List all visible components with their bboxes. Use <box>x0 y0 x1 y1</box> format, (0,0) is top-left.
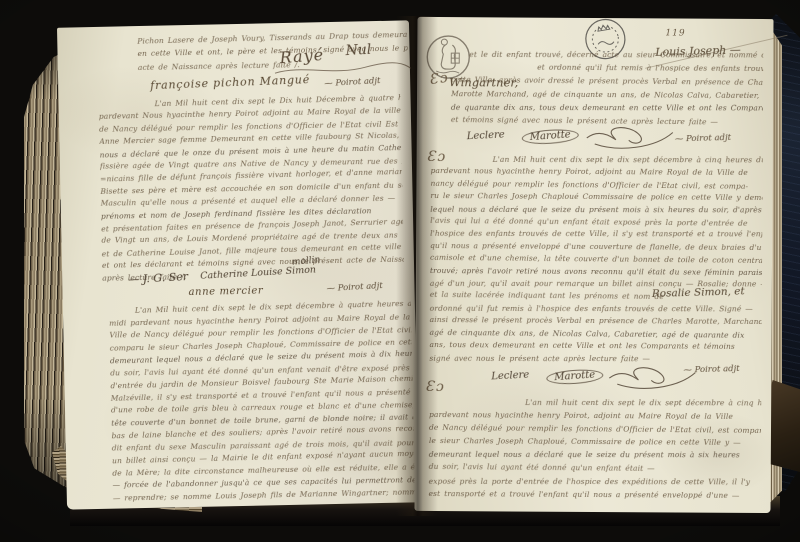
handwritten-line: est transporté et a trouvé l'enfant qu'i… <box>429 487 761 502</box>
paraph-mark: Ɛɔ <box>425 379 446 395</box>
margin-note-poirot: ⁓ Poirot adjt <box>683 364 740 376</box>
foundling-act-fourth: L'an mil huit cent dix sept le dix sept … <box>429 395 762 502</box>
handwritten-line: L'an Mil huit cent dix sept le dix sept … <box>431 154 763 167</box>
left-page: Pichon Lasere de Joseph Voury, Tisserand… <box>57 20 419 509</box>
open-register-book: Pichon Lasere de Joseph Voury, Tisserand… <box>0 0 800 542</box>
handwritten-line: ordonné qu'il fut remis à l'hospice des … <box>430 303 762 316</box>
handwritten-line: de quarante dix ans, tous deux demeurant… <box>451 101 763 115</box>
margin-note-poirot: ⁓ Poirot adjt <box>324 76 381 89</box>
act-title-anne-mercier: anne mercier <box>188 285 263 298</box>
paraph-mark: Ɛɔ <box>428 70 451 89</box>
signature-marotte-circled: Marotte <box>546 368 604 386</box>
signature-initials: — J. G. Ser <box>128 270 188 286</box>
margin-note-poirot: ⁓ Poirot adjt <box>326 281 383 294</box>
signature-leclere: Leclere <box>467 129 505 142</box>
signature-row: Leclere Marotte <box>467 123 579 144</box>
foundling-act-paragraph: L'an Mil huit cent dix sept le dix sept … <box>109 298 415 504</box>
foundling-act-rosalie: L'an Mil huit cent dix sept le dix sept … <box>429 153 762 366</box>
handwritten-line: exposé près la porte d'entrée de l'hospi… <box>429 474 761 488</box>
signature-marotte-circled: Marotte <box>521 128 579 146</box>
name-louis-joseph: Louis Joseph — <box>655 43 741 58</box>
signature-row: Leclere Marotte <box>491 363 603 384</box>
nul-annotation: Nul <box>345 42 372 59</box>
name-wingartner: Wingartner, <box>449 75 518 89</box>
archival-register-photo: Pichon Lasere de Joseph Voury, Tisserand… <box>0 0 800 542</box>
birth-act-paragraph: L'an Mil huit cent dix sept le Dix huit … <box>98 93 404 285</box>
handwritten-line: L'an mil huit cent dix sept le dix sept … <box>429 396 761 410</box>
signature-leclere: Leclere <box>491 370 529 383</box>
signature-paraph-flourish <box>585 122 677 151</box>
margin-note-poirot: ⁓ Poirot adjt <box>675 133 732 145</box>
right-page: 119 <box>414 17 773 513</box>
handwritten-line: l'hospice des enfants trouvés de cette V… <box>430 228 762 241</box>
act-title-francoise-pichon: françoise pichon Mangué <box>150 73 310 92</box>
